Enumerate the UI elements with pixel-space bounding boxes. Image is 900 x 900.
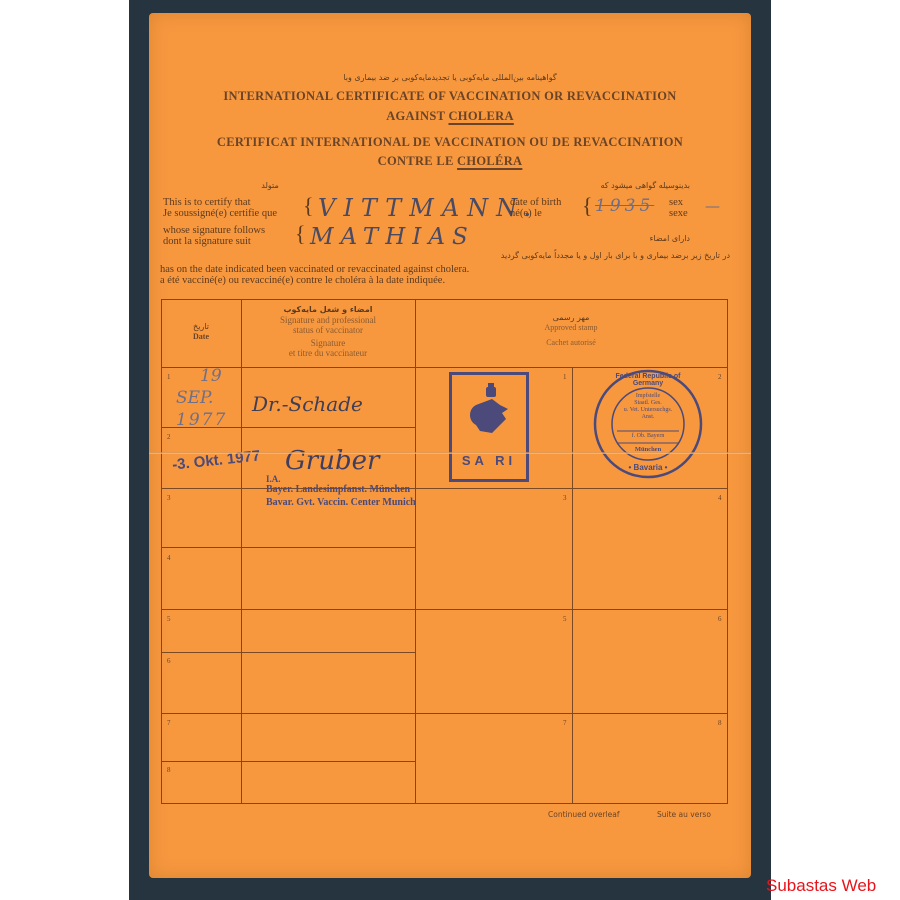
signature-label-en: whose signature follows — [163, 225, 265, 236]
table-border-left — [161, 299, 162, 804]
statement-fr: a été vacciné(e) ou revacciné(e) contre … — [160, 275, 445, 286]
square-stamp-text: SA RI — [452, 453, 526, 468]
col-divider-date — [241, 299, 242, 804]
entry2-stamp-line2: Bayer. Landesimpfanst. München — [266, 484, 410, 495]
header-vaccinator-fr2: et titre du vaccinateur — [241, 348, 415, 358]
row-line-5 — [161, 652, 415, 653]
header-stamp-fr: Cachet autorisé — [415, 338, 727, 348]
heraldic-lion-icon — [462, 383, 522, 443]
row-number-2: 2 — [167, 433, 171, 441]
sex-value: — — [705, 197, 720, 215]
title-fr-line1: CERTIFICAT INTERNATIONAL DE VACCINATION … — [150, 135, 750, 150]
table-border-top — [161, 299, 728, 300]
certify-label-en: This is to certify that — [163, 197, 250, 208]
title-fr-prefix: CONTRE LE — [378, 154, 457, 168]
entry2-stamp-line1: I.A. — [266, 474, 281, 484]
header-bottom-line — [161, 367, 728, 368]
stamp-number-1: 1 — [563, 373, 567, 381]
round-stamp-outer-top: Federal Republic of Germany — [601, 373, 695, 387]
round-official-stamp: Federal Republic of Germany Impfstelle S… — [593, 369, 703, 479]
table-border-bottom — [161, 803, 728, 804]
row-number-6: 6 — [167, 657, 171, 665]
arabic-title: گواهینامه بین‌المللی مایه‌کوبی یا تجدیدم… — [300, 73, 600, 82]
stamp-number-2: 2 — [718, 373, 722, 381]
row-number-1: 1 — [167, 373, 171, 381]
stamp-number-6: 6 — [718, 615, 722, 623]
round-stamp-inner-line1: Impfstelle — [613, 393, 683, 399]
row-line-4 — [161, 609, 728, 610]
row-line-7 — [161, 761, 415, 762]
row-number-3: 3 — [167, 494, 171, 502]
col-divider-stamp — [572, 367, 573, 804]
name-brace: { — [303, 196, 314, 216]
row-number-4: 4 — [167, 554, 171, 562]
row-line-2 — [161, 488, 728, 489]
stamp-number-4: 4 — [718, 494, 722, 502]
statement-en: has on the date indicated been vaccinate… — [160, 264, 469, 275]
table-border-right — [727, 299, 728, 804]
title-fr-line2: CONTRE LE CHOLÉRA — [150, 154, 750, 169]
header-date-arabic: تاریخ — [161, 322, 241, 332]
arabic-signature-label: دارای امضاء — [620, 234, 690, 243]
round-stamp-inner-line5: f. Ob. Bayern — [613, 433, 683, 439]
signature-label-fr: dont la signature suit — [163, 236, 251, 247]
header-date-label: Date — [161, 332, 241, 342]
round-stamp-outer-bottom: • Bavaria • — [601, 463, 695, 472]
arabic-statement: در تاریخ زیر برضد بیماری و با برای بار ا… — [440, 251, 730, 260]
title-en-line1: INTERNATIONAL CERTIFICATE OF VACCINATION… — [150, 89, 750, 104]
stamp-number-7: 7 — [563, 719, 567, 727]
arabic-born-label: متولد — [250, 181, 290, 190]
entry2-stamp-line3: Bavar. Gvt. Vaccin. Center Munich — [266, 497, 416, 508]
header-date: تاریخ Date — [161, 322, 241, 342]
signature-brace: { — [295, 224, 306, 244]
sex-label-en: sex — [669, 197, 683, 208]
header-vaccinator: امضاء و شغل مایه‌کوب Signature and profe… — [241, 305, 415, 358]
header-stamp-arabic: مهر رسمی — [415, 313, 727, 323]
arabic-certify-label: بدینوسیله گواهی میشود که — [580, 181, 690, 190]
signature-value: MATHIAS — [310, 224, 475, 250]
footer-continued-en: Continued overleaf — [548, 810, 620, 819]
entry2-vaccinator-signature: Gruber — [285, 446, 379, 476]
row-number-7: 7 — [167, 719, 171, 727]
stamp-number-8: 8 — [718, 719, 722, 727]
sex-label-fr: sexe — [669, 208, 688, 219]
header-vaccinator-arabic: امضاء و شغل مایه‌کوب — [241, 305, 415, 315]
name-value: VITTMANN. — [318, 194, 539, 222]
col-divider-vaccinator — [415, 299, 416, 804]
paper-fold-crease — [149, 452, 751, 454]
header-stamp: مهر رسمی Approved stamp Cachet autorisé — [415, 313, 727, 348]
round-stamp-inner-line4: Anst. — [613, 414, 683, 420]
stamp-number-5: 5 — [563, 615, 567, 623]
header-vaccinator-fr1: Signature — [241, 338, 415, 348]
entry1-date-year: 1977 — [176, 410, 227, 430]
title-en-line2: AGAINST CHOLERA — [150, 109, 750, 124]
row-line-6 — [161, 713, 728, 714]
title-en-disease: CHOLERA — [448, 109, 513, 123]
title-fr-disease: CHOLÉRA — [457, 154, 522, 168]
subastas-web-watermark: Subastas Web — [766, 876, 876, 896]
stamp-number-3: 3 — [563, 494, 567, 502]
dob-value: 1935 — [595, 196, 654, 216]
row-number-5: 5 — [167, 615, 171, 623]
row-line-3 — [161, 547, 415, 548]
round-stamp-inner-line3: u. Vet. Untersuchgs. — [613, 407, 683, 413]
entry1-date-month: SEP. — [176, 388, 213, 408]
header-vaccinator-en2: status of vaccinator — [241, 325, 415, 335]
round-stamp-inner-line2: Staatl. Ges. — [613, 400, 683, 406]
title-en-prefix: AGAINST — [386, 109, 448, 123]
row-number-8: 8 — [167, 766, 171, 774]
entry1-vaccinator-signature: Dr.-Schade — [252, 392, 363, 416]
header-vaccinator-en1: Signature and professional — [241, 315, 415, 325]
certify-label-fr: Je soussigné(e) certifie que — [163, 208, 277, 219]
dob-label-en: date of birth — [510, 197, 561, 208]
header-stamp-en: Approved stamp — [415, 323, 727, 333]
entry1-date-day: 19 — [200, 366, 222, 386]
footer-continued-fr: Suite au verso — [657, 810, 711, 819]
dob-label-fr: né(e) le — [510, 208, 542, 219]
square-approval-stamp: SA RI — [449, 372, 529, 482]
dob-brace: { — [582, 196, 593, 216]
